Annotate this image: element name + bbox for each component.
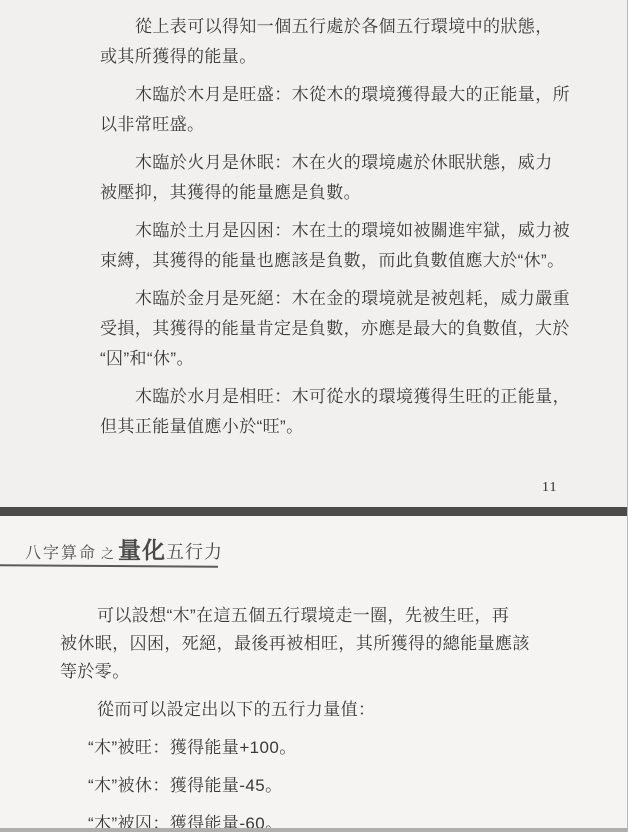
paragraph: 從而可以設定出以下的五行力量值： — [60, 696, 569, 724]
list-item: “木”被旺：獲得能量+100。 — [88, 734, 569, 762]
text-line: 被休眠，囚困，死絕，最後再被相旺，其所獲得的總能量應該 — [60, 630, 569, 658]
paragraph: 木臨於土月是囚困：木在土的環境如被關進牢獄，威力被 束縛，其獲得的能量也應該是負… — [100, 216, 569, 276]
text-line: 從而可以設定出以下的五行力量值： — [60, 696, 569, 724]
text-line: 但其正能量值應小於“旺”。 — [100, 412, 569, 442]
paragraph: 木臨於金月是死絕：木在金的環境就是被剋耗，威力嚴重 受損，其獲得的能量肯定是負數… — [100, 284, 569, 374]
section-header: 八字算命之量化五行力 — [25, 532, 223, 565]
page-divider — [0, 507, 628, 516]
header-chapter-title: 五行力 — [166, 542, 223, 562]
paragraph: 木臨於火月是休眠：木在火的環境處於休眠狀態，威力 被壓抑，其獲得的能量應是負數。 — [100, 148, 569, 208]
header-connector: 之 — [101, 546, 114, 561]
paragraph: 可以設想“木”在這五個五行環境走一圈，先被生旺，再 被休眠，囚困，死絕，最後再被… — [60, 602, 569, 686]
paragraph: 從上表可以得知一個五行處於各個五行環境中的狀態， 或其所獲得的能量。 — [100, 12, 569, 72]
text-line: 束縛，其獲得的能量也應該是負數，而此負數值應大於“休”。 — [100, 246, 569, 276]
text-line: 可以設想“木”在這五個五行環境走一圈，先被生旺，再 — [60, 602, 569, 630]
page-bottom: 八字算命之量化五行力 可以設想“木”在這五個五行環境走一圈，先被生旺，再 被休眠… — [0, 516, 627, 832]
header-chapter-title-emphasis: 量化 — [118, 537, 166, 563]
text-line: 受損，其獲得的能量肯定是負數，亦應是最大的負數值，大於 — [100, 314, 569, 344]
text-line: 被壓抑，其獲得的能量應是負數。 — [100, 178, 569, 208]
list-item: “木”被休：獲得能量-45。 — [88, 772, 569, 800]
scanned-document: 從上表可以得知一個五行處於各個五行環境中的狀態， 或其所獲得的能量。 木臨於木月… — [0, 0, 628, 832]
scan-shadow — [0, 828, 628, 832]
page-top: 從上表可以得知一個五行處於各個五行環境中的狀態， 或其所獲得的能量。 木臨於木月… — [0, 0, 627, 507]
text-line: 木臨於火月是休眠：木在火的環境處於休眠狀態，威力 — [100, 148, 569, 178]
text-line: 木臨於金月是死絕：木在金的環境就是被剋耗，威力嚴重 — [100, 284, 569, 314]
paragraph: 木臨於水月是相旺：木可從水的環境獲得生旺的正能量， 但其正能量值應小於“旺”。 — [100, 382, 569, 442]
text-line: “囚”和“休”。 — [100, 344, 569, 374]
text-line: 或其所獲得的能量。 — [100, 42, 569, 72]
text-line: 等於零。 — [60, 658, 569, 686]
text-line: 木臨於木月是旺盛：木從木的環境獲得最大的正能量，所 — [100, 80, 569, 110]
text-line: 木臨於土月是囚困：木在土的環境如被關進牢獄，威力被 — [100, 216, 569, 246]
paragraph: 木臨於木月是旺盛：木從木的環境獲得最大的正能量，所 以非常旺盛。 — [100, 80, 569, 140]
page-number: 11 — [542, 480, 557, 496]
text-line: 木臨於水月是相旺：木可從水的環境獲得生旺的正能量， — [100, 382, 569, 412]
text-line: 從上表可以得知一個五行處於各個五行環境中的狀態， — [100, 12, 569, 42]
five-element-value-list: “木”被旺：獲得能量+100。 “木”被休：獲得能量-45。 “木”被囚：獲得能… — [60, 734, 569, 832]
text-line: 以非常旺盛。 — [100, 110, 569, 140]
header-series-title: 八字算命 — [25, 545, 97, 562]
